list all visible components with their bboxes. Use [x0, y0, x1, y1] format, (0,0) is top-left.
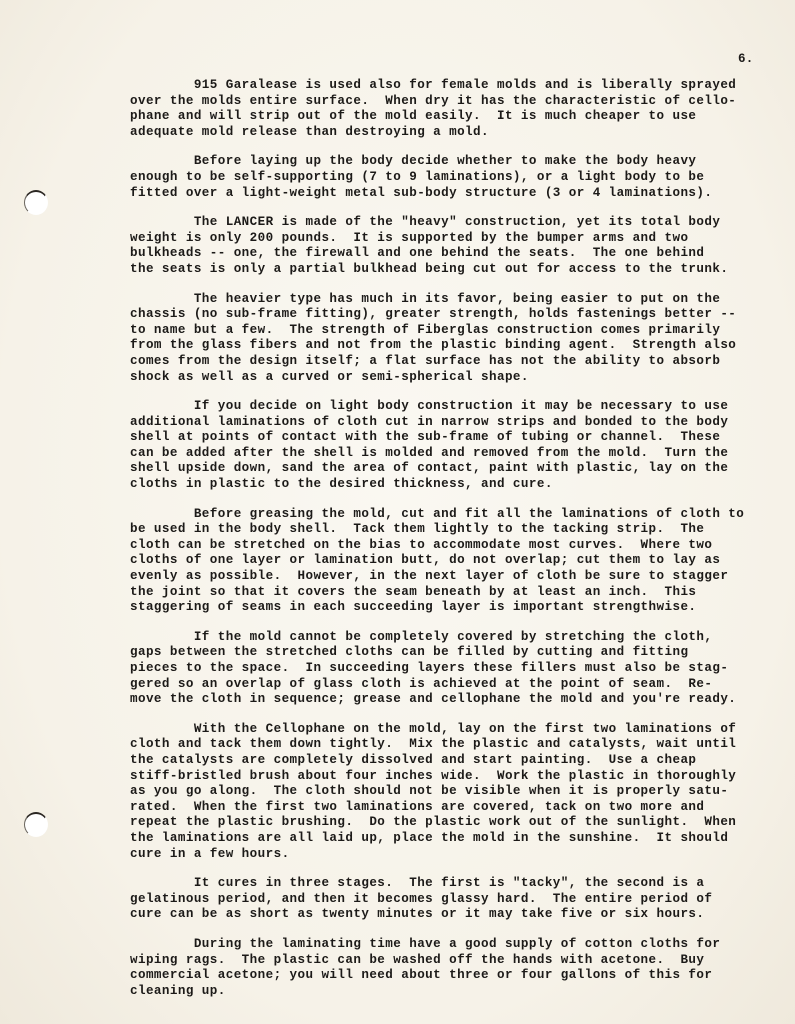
text-line: commercial acetone; you will need about …: [130, 968, 770, 984]
paragraph-lancer: The LANCER is made of the "heavy" constr…: [130, 215, 770, 277]
paragraph-light-body: If you decide on light body construction…: [130, 399, 770, 493]
text-line: 915 Garalease is used also for female mo…: [130, 78, 770, 94]
text-line: With the Cellophane on the mold, lay on …: [130, 722, 770, 738]
text-line: phane and will strip out of the mold eas…: [130, 109, 770, 125]
text-line: can be added after the shell is molded a…: [130, 446, 770, 462]
text-line: cloth and tack them down tightly. Mix th…: [130, 737, 770, 753]
paragraph-laminating: With the Cellophane on the mold, lay on …: [130, 722, 770, 862]
text-line: staggering of seams in each succeeding l…: [130, 600, 770, 616]
text-line: the laminations are all laid up, place t…: [130, 831, 770, 847]
paragraph-fillers: If the mold cannot be completely covered…: [130, 630, 770, 708]
text-line: be used in the body shell. Tack them lig…: [130, 522, 770, 538]
binder-hole-mark-bottom: [24, 812, 48, 837]
paragraph-curing: It cures in three stages. The first is "…: [130, 876, 770, 923]
text-line: shock as well as a curved or semi-spheri…: [130, 370, 770, 386]
paragraph-greasing: Before greasing the mold, cut and fit al…: [130, 507, 770, 616]
text-line: The LANCER is made of the "heavy" constr…: [130, 215, 770, 231]
text-line: cloths in plastic to the desired thickne…: [130, 477, 770, 493]
text-line: bulkheads -- one, the firewall and one b…: [130, 246, 770, 262]
text-line: from the glass fibers and not from the p…: [130, 338, 770, 354]
text-line: to name but a few. The strength of Fiber…: [130, 323, 770, 339]
text-line: gered so an overlap of glass cloth is ac…: [130, 677, 770, 693]
paragraph-heavier-type: The heavier type has much in its favor, …: [130, 292, 770, 386]
text-line: Before laying up the body decide whether…: [130, 154, 770, 170]
document-body: 915 Garalease is used also for female mo…: [130, 78, 770, 1013]
paragraph-mold-release: 915 Garalease is used also for female mo…: [130, 78, 770, 140]
text-line: fitted over a light-weight metal sub-bod…: [130, 186, 770, 202]
text-line: additional laminations of cloth cut in n…: [130, 415, 770, 431]
text-line: If the mold cannot be completely covered…: [130, 630, 770, 646]
text-line: chassis (no sub-frame fitting), greater …: [130, 307, 770, 323]
text-line: as you go along. The cloth should not be…: [130, 784, 770, 800]
text-line: gaps between the stretched cloths can be…: [130, 645, 770, 661]
text-line: comes from the design itself; a flat sur…: [130, 354, 770, 370]
text-line: over the molds entire surface. When dry …: [130, 94, 770, 110]
text-line: cleaning up.: [130, 984, 770, 1000]
text-line: repeat the plastic brushing. Do the plas…: [130, 815, 770, 831]
text-line: rated. When the first two laminations ar…: [130, 800, 770, 816]
text-line: cure in a few hours.: [130, 847, 770, 863]
text-line: shell at points of contact with the sub-…: [130, 430, 770, 446]
text-line: pieces to the space. In succeeding layer…: [130, 661, 770, 677]
text-line: adequate mold release than destroying a …: [130, 125, 770, 141]
paragraph-cleanup: During the laminating time have a good s…: [130, 937, 770, 999]
text-line: It cures in three stages. The first is "…: [130, 876, 770, 892]
text-line: Before greasing the mold, cut and fit al…: [130, 507, 770, 523]
text-line: cloths of one layer or lamination butt, …: [130, 553, 770, 569]
text-line: stiff-bristled brush about four inches w…: [130, 769, 770, 785]
text-line: cloth can be stretched on the bias to ac…: [130, 538, 770, 554]
text-line: shell upside down, sand the area of cont…: [130, 461, 770, 477]
text-line: the catalysts are completely dissolved a…: [130, 753, 770, 769]
text-line: weight is only 200 pounds. It is support…: [130, 231, 770, 247]
text-line: cure can be as short as twenty minutes o…: [130, 907, 770, 923]
scanned-page: 6. 915 Garalease is used also for female…: [0, 0, 795, 1024]
text-line: the joint so that it covers the seam ben…: [130, 585, 770, 601]
paragraph-body-weight: Before laying up the body decide whether…: [130, 154, 770, 201]
text-line: gelatinous period, and then it becomes g…: [130, 892, 770, 908]
text-line: If you decide on light body construction…: [130, 399, 770, 415]
text-line: enough to be self-supporting (7 to 9 lam…: [130, 170, 770, 186]
text-line: wiping rags. The plastic can be washed o…: [130, 953, 770, 969]
text-line: The heavier type has much in its favor, …: [130, 292, 770, 308]
text-line: evenly as possible. However, in the next…: [130, 569, 770, 585]
text-line: During the laminating time have a good s…: [130, 937, 770, 953]
text-line: move the cloth in sequence; grease and c…: [130, 692, 770, 708]
binder-hole-mark-top: [24, 190, 48, 215]
page-number: 6.: [738, 52, 754, 66]
text-line: the seats is only a partial bulkhead bei…: [130, 262, 770, 278]
